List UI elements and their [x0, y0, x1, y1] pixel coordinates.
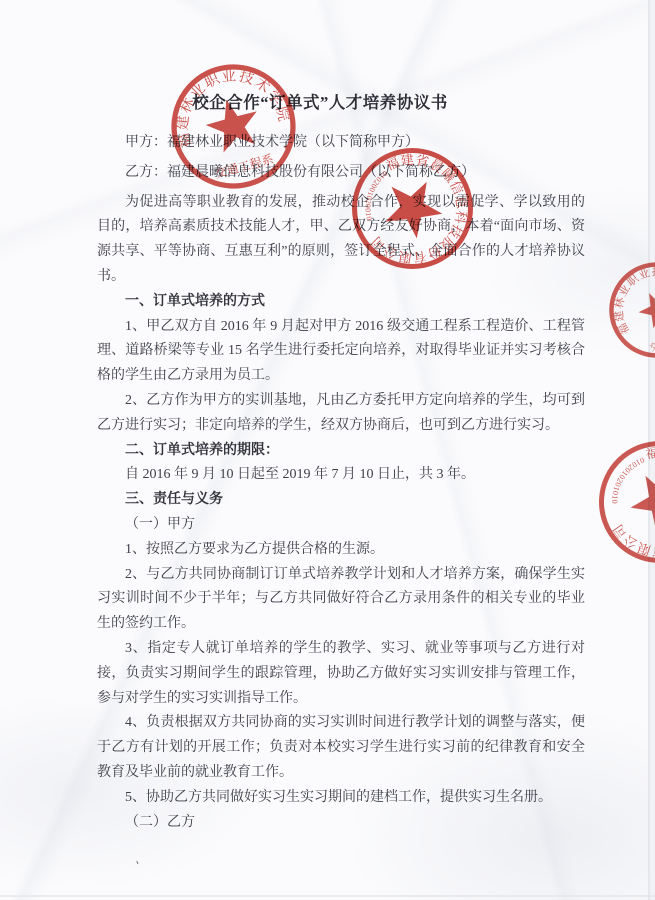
paragraph-5: 1、甲乙双方自 2016 年 9 月起对甲方 2016 级交通工程系工程造价、工… [97, 315, 585, 389]
paragraph-4: 一、订单式培养的方式 [97, 290, 585, 315]
paragraph-8: 自 2016 年 9 月 10 日起至 2019 年 7 月 10 日止，共 3… [97, 463, 585, 488]
edge-company-seal-stamp: 福建省晨曦信息科技股份有限公司 0102010201010 [596, 438, 655, 566]
paper-bottom-edge [0, 895, 655, 897]
paper-right-edge-shade [650, 0, 655, 900]
paragraph-10: （一）甲方 [97, 513, 585, 538]
paragraph-16: （二）乙方 [97, 811, 585, 836]
paragraph-1: 甲方：福建林业职业技术学院（以下简称甲方） [97, 131, 585, 156]
seal-ring [596, 438, 655, 566]
paragraph-14: 4、负责根据双方共同协商的实习实训时间进行教学计划的调整与落实，便于乙方有计划的… [97, 711, 585, 785]
paragraph-6: 2、乙方作为甲方的实训基地，凡由乙方委托甲方定向培养的学生，均可到乙方进行实习；… [97, 389, 585, 439]
scanned-agreement-page: { "document": { "title": "校企合作“订单式”人才培养协… [0, 0, 655, 900]
paragraph-13: 3、指定专人就订单培养的学生的教学、实习、就业等事项与乙方进行对接，负责实习期间… [97, 637, 585, 711]
paper-right-edge [648, 0, 650, 900]
paragraph-7: 二、订单式培养的期限： [97, 439, 585, 464]
document-title: 校企合作“订单式”人才培养协议书 [75, 89, 565, 113]
paragraph-15: 5、协助乙方共同做好实习生实习期间的建档工作，提供实习生名册。 [97, 786, 585, 811]
svg-text:0102010201010: 0102010201010 [605, 449, 648, 510]
paragraph-3: 为促进高等职业教育的发展，推动校企合作，实现以需促学、学以致用的目的，培养高素质… [97, 191, 585, 290]
paragraph-2: 乙方：福建晨曦信息科技股份有限公司（以下简称乙方） [97, 161, 585, 186]
paragraph-9: 三、责任与义务 [97, 488, 585, 513]
document-body: 甲方：福建林业职业技术学院（以下简称甲方）乙方：福建晨曦信息科技股份有限公司（以… [97, 131, 585, 835]
paragraph-11: 1、按照乙方要求为乙方提供合格的生源。 [97, 538, 585, 563]
scan-artifact-mark: 、 [134, 851, 149, 869]
seal-number-text: 0102010201010 [605, 449, 648, 510]
paragraph-12: 2、与乙方共同协商制订订单式培养教学计划和人才培养方案，确保学生实习实训时间不少… [97, 563, 585, 637]
